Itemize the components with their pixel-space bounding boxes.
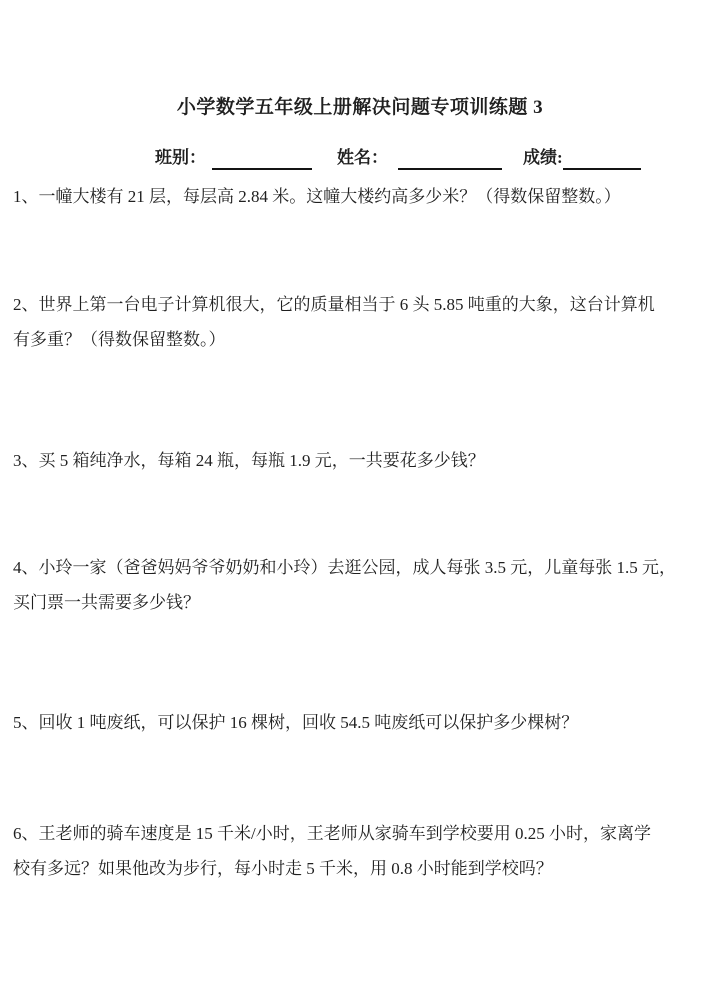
question-line: 1、一幢大楼有 21 层，每层高 2.84 米。这幢大楼约高多少米？（得数保留整… — [13, 179, 712, 214]
question-4: 4、小玲一家（爸爸妈妈爷爷奶奶和小玲）去逛公园，成人每张 3.5 元，儿童每张 … — [13, 550, 712, 620]
question-3: 3、买 5 箱纯净水，每箱 24 瓶，每瓶 1.9 元，一共要花多少钱？ — [13, 443, 712, 478]
question-line: 买门票一共需要多少钱？ — [13, 585, 712, 620]
question-5: 5、回收 1 吨废纸，可以保护 16 棵树，回收 54.5 吨废纸可以保护多少棵… — [13, 705, 712, 740]
question-2: 2、世界上第一台电子计算机很大，它的质量相当于 6 头 5.85 吨重的大象，这… — [13, 287, 712, 357]
header-row: 班别： 姓名： 成绩: — [155, 143, 641, 170]
question-line: 4、小玲一家（爸爸妈妈爷爷奶奶和小玲）去逛公园，成人每张 3.5 元，儿童每张 … — [13, 550, 712, 585]
question-line: 2、世界上第一台电子计算机很大，它的质量相当于 6 头 5.85 吨重的大象，这… — [13, 287, 712, 322]
question-line: 有多重？（得数保留整数。） — [13, 322, 712, 357]
worksheet-page: 小学数学五年级上册解决问题专项训练题 3 班别： 姓名： 成绩: 1、一幢大楼有… — [0, 0, 720, 983]
question-line: 校有多远？如果他改为步行，每小时走 5 千米，用 0.8 小时能到学校吗？ — [13, 851, 712, 886]
score-blank-line — [563, 148, 641, 170]
class-blank-line — [212, 148, 312, 170]
question-6: 6、王老师的骑车速度是 15 千米/小时，王老师从家骑车到学校要用 0.25 小… — [13, 816, 712, 886]
question-1: 1、一幢大楼有 21 层，每层高 2.84 米。这幢大楼约高多少米？（得数保留整… — [13, 179, 712, 214]
name-blank-line — [398, 148, 502, 170]
question-line: 5、回收 1 吨废纸，可以保护 16 棵树，回收 54.5 吨废纸可以保护多少棵… — [13, 705, 712, 740]
name-label: 姓名： — [337, 146, 388, 170]
class-label: 班别： — [155, 146, 206, 170]
page-title: 小学数学五年级上册解决问题专项训练题 3 — [0, 92, 720, 119]
score-label: 成绩: — [523, 146, 563, 170]
question-line: 3、买 5 箱纯净水，每箱 24 瓶，每瓶 1.9 元，一共要花多少钱？ — [13, 443, 712, 478]
question-line: 6、王老师的骑车速度是 15 千米/小时，王老师从家骑车到学校要用 0.25 小… — [13, 816, 712, 851]
